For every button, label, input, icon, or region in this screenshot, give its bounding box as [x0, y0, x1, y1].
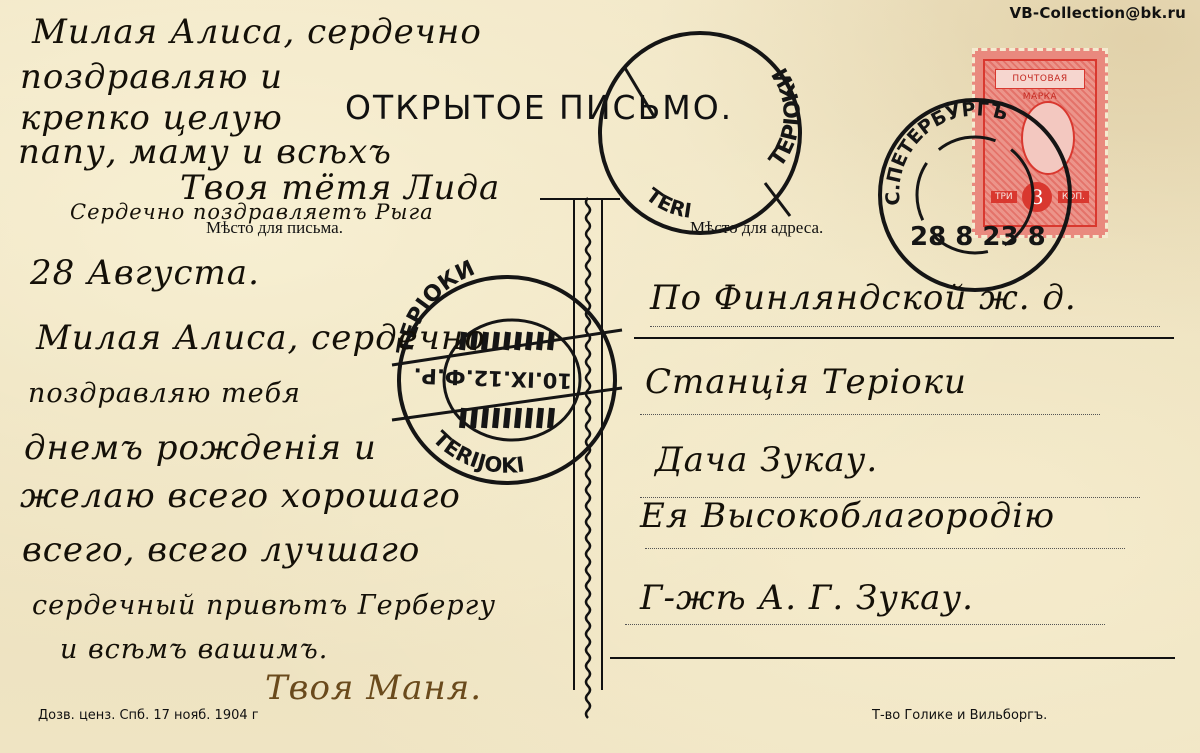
handwriting-top-line-4: папу, маму и всѣхъ: [18, 132, 392, 172]
svg-text:10.IX.12.Ф.Р.: 10.IX.12.Ф.Р.: [413, 363, 572, 393]
svg-text:TERI: TERI: [642, 183, 693, 223]
address-line-3: Дача Зукау.: [655, 440, 878, 480]
watermark: VB-Collection@bk.ru: [1009, 4, 1186, 22]
handwriting-body-line-2: поздравляю тебя: [28, 378, 301, 409]
stamp-banner: ПОЧТОВАЯ МАРКА: [995, 69, 1085, 89]
handwriting-date: 28 Августа.: [30, 253, 260, 293]
handwriting-greeting: Сердечно поздравляетъ Рыга: [70, 200, 434, 224]
handwriting-body-line-3: днемъ рожденія и: [24, 428, 377, 468]
svg-text:28 8 23 8: 28 8 23 8: [910, 222, 1046, 252]
svg-text:С.ПЕТЕРБУРГЪ: С.ПЕТЕРБУРГЪ: [882, 98, 1010, 206]
handwriting-body-line-6: сердечный привѣтъ Гербергу: [32, 590, 496, 621]
address-rule-bottom: [610, 657, 1175, 659]
postcard: VB-Collection@bk.ru ОТКРЫТОЕ ПИСЬМО. Мѣс…: [0, 0, 1200, 753]
handwriting-body-line-4: желаю всего хорошаго: [20, 476, 461, 516]
postmark-terijoki-upper: ТЕРІОКИ TERI: [585, 28, 815, 238]
address-line-2: Станція Теріоки: [645, 362, 967, 402]
address-line-5: Г-жѣ А. Г. Зукау.: [640, 578, 974, 618]
svg-text:TERIJOKI: TERIJOKI: [428, 426, 526, 477]
handwriting-signature: Твоя Маня.: [265, 668, 482, 708]
address-dotted-1: [650, 326, 1160, 327]
address-line-4: Ея Высокоблагородію: [640, 496, 1055, 536]
handwriting-body-line-5: всего, всего лучшаго: [22, 530, 420, 570]
address-rule-top: [634, 337, 1174, 339]
address-line-1: По Финляндской ж. д.: [650, 278, 1077, 318]
censorship-note: Дозв. ценз. Спб. 17 нояб. 1904 г: [38, 708, 259, 723]
handwriting-body-line-7: и всѣмъ вашимъ.: [60, 634, 328, 665]
postmark-st-petersburg: С.ПЕТЕРБУРГЪ 28 8 23 8: [870, 95, 1080, 295]
handwriting-top-line-2: поздравляю и: [20, 57, 283, 97]
address-dotted-2: [640, 414, 1100, 415]
address-dotted-5: [625, 624, 1105, 625]
handwriting-top-line-1: Милая Алиса, сердечно: [32, 12, 482, 52]
svg-text:ТЕРІОКИ: ТЕРІОКИ: [765, 63, 806, 172]
postmark-terijoki-lower: ТЕРІОКИ TERIJOKI 10.IX.12.Ф.Р.: [392, 270, 622, 490]
publisher-note: Т-во Голике и Вильборгъ.: [872, 708, 1047, 723]
handwriting-body-line-1: Милая Алиса, сердечно: [36, 318, 486, 358]
address-dotted-4: [645, 548, 1125, 549]
